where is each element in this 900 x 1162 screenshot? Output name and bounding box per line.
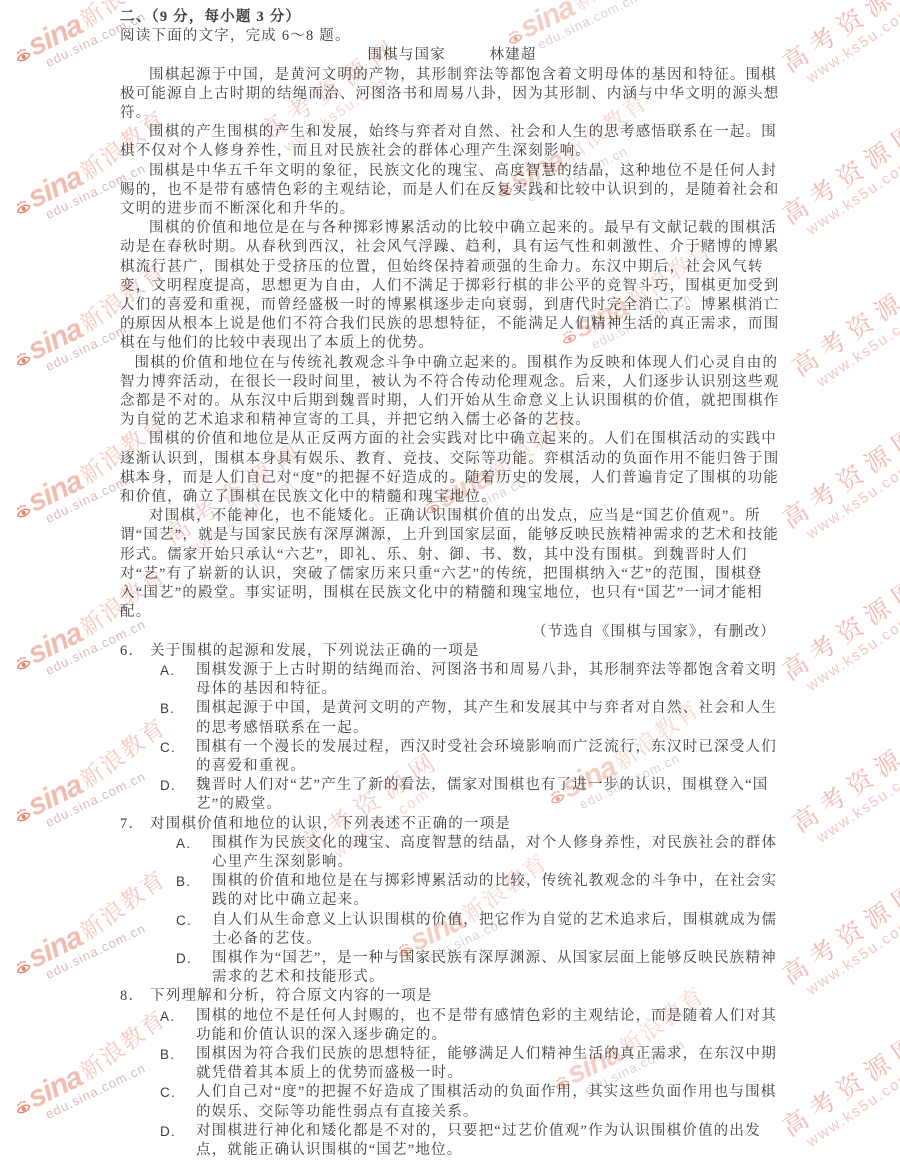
article-title-line: 围棋与国家林建超 — [120, 46, 784, 65]
article-title: 围棋与国家 — [367, 47, 446, 63]
sina-eye-icon — [12, 197, 34, 218]
sina-eye-icon — [12, 45, 34, 66]
sina-eye-icon — [12, 1097, 34, 1118]
sina-eye-icon — [12, 501, 34, 522]
question-number: 7． — [120, 815, 150, 834]
sina-logo-text: sina — [23, 1062, 87, 1114]
option-letter: C. — [176, 911, 212, 949]
exam-page: sina新浪教育edu.sina.com.cn sina新浪教育edu.sina… — [0, 0, 900, 1162]
question-6: 6．关于围棋的起源和发展，下列说法正确的一项是 A.围棋发源于上古时期的结绳而治… — [120, 642, 784, 815]
article-paragraph: 围棋的价值和地位是从正反两方面的社会实践对比中确立起来的。人们在围棋活动的实践中… — [120, 430, 784, 507]
ks5u-watermark: 高考资源网www.ks5u.com — [778, 420, 900, 549]
question-stem: 6．关于围棋的起源和发展，下列说法正确的一项是 — [120, 642, 784, 661]
question-number: 8． — [120, 987, 150, 1006]
ks5u-brand-cn: 高考资源网 — [778, 420, 900, 535]
ks5u-url: www.ks5u.com — [803, 595, 900, 695]
ks5u-watermark: 高考资源网www.ks5u.com — [778, 876, 900, 1005]
sina-logo-text: sina — [23, 314, 87, 366]
article-paragraph: 围棋的产生围棋的产生和发展，始终与弈者对自然、社会和人生的思考感悟联系在一起。围… — [120, 123, 784, 161]
ks5u-url: www.ks5u.com — [803, 139, 900, 239]
question-stem: 7．对围棋价值和地位的认识，下列表述不正确的一项是 — [120, 815, 784, 834]
option-letter: A. — [176, 834, 212, 872]
option-letter: C. — [160, 1083, 196, 1121]
ks5u-url: www.ks5u.com — [803, 443, 900, 543]
article-paragraph: 围棋的价值和地位在与传统礼教观念斗争中确立起来的。围棋作为反映和体现人们心灵自由… — [120, 354, 784, 431]
reading-instruction: 阅读下面的文字，完成 6～8 题。 — [120, 27, 784, 46]
option-letter: D. — [176, 949, 212, 987]
ks5u-brand-cn: 高考资源网 — [788, 268, 900, 383]
ks5u-url: www.ks5u.com — [803, 0, 900, 86]
sina-eye-icon — [12, 805, 34, 826]
article-author: 林建超 — [489, 47, 536, 63]
question-7: 7．对围棋价值和地位的认识，下列表述不正确的一项是 A.围棋作为民族文化的瑰宝、… — [120, 815, 784, 988]
section-header: 二、（9 分，每小题 3 分） — [120, 8, 784, 27]
option-7A: A.围棋作为民族文化的瑰宝、高度智慧的结晶，对个人修身养性，对民族社会的群体心里… — [120, 834, 784, 872]
ks5u-url: www.ks5u.com — [813, 747, 900, 847]
ks5u-brand-cn: 高考资源网 — [778, 116, 900, 231]
ks5u-watermark: 高考资源网www.ks5u.com — [778, 1028, 900, 1157]
option-6B: B.围棋起源于中国，是黄河文明的产物，其产生和发展其中与弈者对自然、社会和人生的… — [120, 699, 784, 737]
ks5u-brand-cn: 高考资源网 — [788, 724, 900, 839]
sina-logo-text: sina — [23, 10, 87, 62]
option-7D: D.围棋作为“国艺”，是一种与国家民族有深厚渊源、从国家层面上能够反映民族精神需… — [120, 949, 784, 987]
option-letter: A. — [160, 1007, 196, 1045]
option-letter: D. — [160, 1122, 196, 1160]
ks5u-url: www.ks5u.com — [813, 291, 900, 391]
option-6D: D.魏晋时人们对“艺”产生了新的看法，儒家对围棋也有了进一步的认识，围棋登入“国… — [120, 776, 784, 814]
article-paragraph: 围棋是中华五千年文明的象征，民族文化的瑰宝、高度智慧的结晶，这种地位不是任何人封… — [120, 162, 784, 220]
option-8D: D.对围棋进行神化和矮化都是不对的，只要把“过艺价值观”作为认识围棋价值的出发点… — [120, 1122, 784, 1160]
option-letter: C. — [160, 738, 196, 776]
ks5u-url: www.ks5u.com — [803, 1051, 900, 1151]
sina-eye-icon — [12, 957, 34, 978]
sina-logo-text: sina — [23, 618, 87, 670]
ks5u-brand-cn: 高考资源网 — [778, 1028, 900, 1143]
option-8C: C.人们自己对“度”的把握不好造成了围棋活动的负面作用，其实这些负面作用也与围棋… — [120, 1083, 784, 1121]
ks5u-watermark: 高考资源网www.ks5u.com — [778, 116, 900, 245]
ks5u-watermark: 高考资源网www.ks5u.com — [788, 268, 900, 397]
option-letter: D. — [160, 776, 196, 814]
option-6C: C.围棋有一个漫长的发展过程，西汉时受社会环境影响而广泛流行，东汉时已深受人们的… — [120, 738, 784, 776]
question-number: 6． — [120, 642, 150, 661]
question-8: 8．下列理解和分析，符合原文内容的一项是 A.围棋的地位不是任何人封赐的，也不是… — [120, 987, 784, 1160]
option-7C: C.自人们从生命意义上认识围棋的价值，把它作为自觉的艺术追求后，围棋就成为儒士必… — [120, 911, 784, 949]
sina-logo-text: sina — [23, 770, 87, 822]
article-paragraph: 围棋的价值和地位是在与各种掷彩博累活动的比较中确立起来的。最早有文献记载的围棋活… — [120, 219, 784, 353]
article-attribution: （节选自《围棋与国家》，有删改） — [120, 623, 784, 642]
article-paragraph: 对围棋，不能神化，也不能矮化。正确认识围棋价值的出发点，应当是“国艺价值观”。所… — [120, 507, 784, 622]
ks5u-brand-cn: 高考资源网 — [778, 0, 900, 79]
option-8B: B.围棋因为符合我们民族的思想特征，能够满足人们精神生活的真正需求，在东汉中期就… — [120, 1045, 784, 1083]
option-letter: B. — [160, 699, 196, 737]
option-letter: A. — [160, 661, 196, 699]
exam-content: 二、（9 分，每小题 3 分） 阅读下面的文字，完成 6～8 题。 围棋与国家林… — [120, 8, 784, 1160]
sina-eye-icon — [12, 653, 34, 674]
option-6A: A.围棋发源于上古时期的结绳而治、河图洛书和周易八卦，其形制弈法等都饱含着文明母… — [120, 661, 784, 699]
ks5u-url: www.ks5u.com — [803, 899, 900, 999]
ks5u-brand-cn: 高考资源网 — [778, 876, 900, 991]
sina-logo-text: sina — [23, 466, 87, 518]
option-letter: B. — [176, 872, 212, 910]
article-paragraph: 围棋起源于中国，是黄河文明的产物，其形制弈法等都饱含着文明母体的基因和特征。围棋… — [120, 66, 784, 124]
ks5u-watermark: 高考资源网www.ks5u.com — [778, 572, 900, 701]
ks5u-watermark: 高考资源网www.ks5u.com — [778, 0, 900, 93]
sina-logo-text: sina — [23, 162, 87, 214]
sina-logo-text: sina — [23, 922, 87, 974]
ks5u-watermark: 高考资源网www.ks5u.com — [788, 724, 900, 853]
sina-eye-icon — [12, 349, 34, 370]
ks5u-brand-cn: 高考资源网 — [778, 572, 900, 687]
option-letter: B. — [160, 1045, 196, 1083]
option-8A: A.围棋的地位不是任何人封赐的，也不是带有感情色彩的主观结论，而是随着人们对其功… — [120, 1007, 784, 1045]
question-stem: 8．下列理解和分析，符合原文内容的一项是 — [120, 987, 784, 1006]
option-7B: B.围棋的价值和地位是在与掷彩博累活动的比较，传统礼教观念的斗争中，在社会实践的… — [120, 872, 784, 910]
